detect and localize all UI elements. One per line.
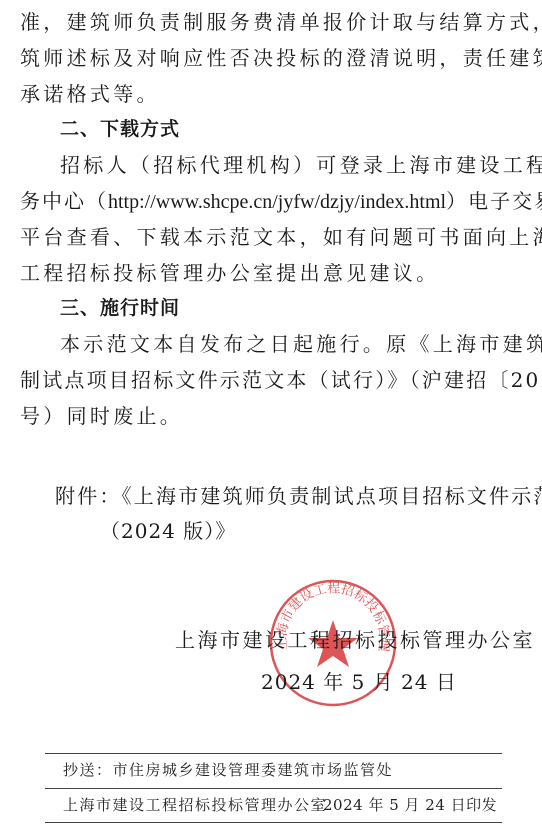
body-text-line: 制试点项目招标文件示范文本（试行）》（沪建招〔2023〕5 (20, 368, 522, 392)
body-text-line: 本示范文本自发布之日起施行。原《上海市建筑师负责 (60, 332, 522, 356)
divider (45, 822, 502, 823)
issuer: 上海市建设工程招标投标管理办公室 (63, 795, 327, 815)
section-heading-effective-date: 三、施行时间 (60, 296, 180, 320)
body-text-line: 号）同时废止。 (20, 404, 522, 428)
cc-line: 抄送：市住房城乡建设管理委建筑市场监管处 (63, 760, 393, 780)
divider (45, 753, 502, 754)
attachment-line: 附件：《上海市建筑师负责制试点项目招标文件示范文本 (55, 484, 525, 508)
download-url-link[interactable]: http://www.shcpe.cn/jyfw/dzjy/index.html (108, 191, 446, 213)
body-text-line: 承诺格式等。 (20, 82, 522, 106)
text-segment: ）电子交易 (446, 189, 542, 213)
signature-office: 上海市建设工程招标投标管理办公室 (175, 628, 535, 652)
attachment-line: （2024 版）》 (100, 519, 400, 543)
body-text-line: 务中心（http://www.shcpe.cn/jyfw/dzjy/index.… (20, 189, 522, 214)
issue-date: 2024 年 5 月 24 日印发 (323, 795, 497, 815)
divider (45, 788, 502, 789)
body-text-line: 招标人（招标代理机构）可登录上海市建设工程交易服 (60, 153, 522, 177)
section-heading-download: 二、下载方式 (60, 117, 180, 141)
signature-date: 2024 年 5 月 24 日 (261, 670, 457, 694)
text-segment: 务中心（ (20, 189, 108, 213)
body-text-line: 准，建筑师负责制服务费清单报价计取与结算方式，责任建 (20, 10, 522, 34)
body-text-line: 工程招标投标管理办公室提出意见建议。 (20, 261, 522, 285)
body-text-line: 筑师述标及对响应性否决投标的澄清说明，责任建筑师履职 (20, 46, 522, 70)
body-text-line: 平台查看、下载本示范文本，如有问题可书面向上海市建设 (20, 225, 522, 249)
